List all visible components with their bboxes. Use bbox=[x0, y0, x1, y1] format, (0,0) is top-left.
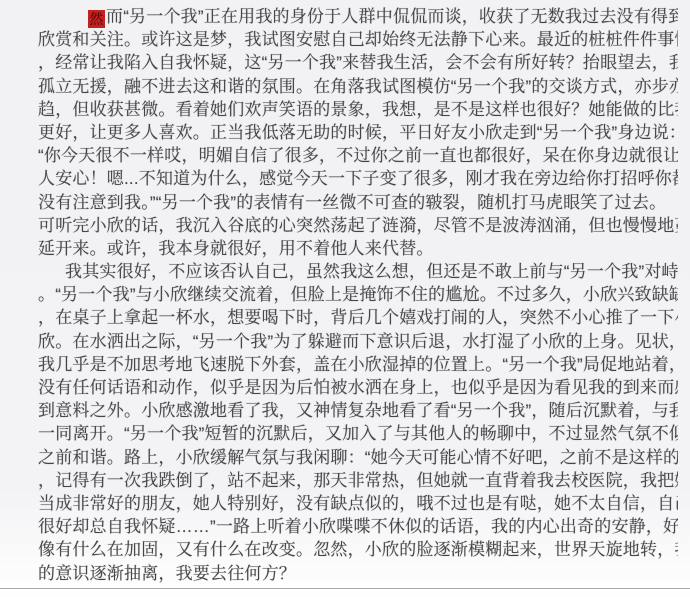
bottom-strip bbox=[0, 589, 690, 597]
text-line: ，记得有一次我跌倒了，站不起来，那天非常热，但她就一直背着我去校医院，我把她 bbox=[38, 469, 678, 492]
text-line: 之前和谐。路上，小欣缓解气氛与我闲聊：“她今天可能心情不好吧，之前不是这样的 bbox=[38, 446, 678, 469]
text-line: ，在桌子上拿起一杯水，想要喝下时，背后几个嬉戏打闹的人，突然不小心推了一下小 bbox=[38, 306, 678, 329]
text-line: 当成非常好的朋友，她人特别好，没有缺点似的，哦不过也是有哒，她不太自信，自己 bbox=[38, 492, 678, 515]
text-line: 可听完小欣的话，我沉入谷底的心突然荡起了涟漪，尽管不是波涛汹涌，但也慢慢地蔓 bbox=[38, 214, 678, 237]
text-line: 欣赏和关注。或许这是梦，我试图安慰自己却始终无法静下心来。最近的桩桩件件事情 bbox=[38, 28, 678, 51]
text-line: 像有什么在加固，又有什么在改变。忽然，小欣的脸逐渐模糊起来，世界天旋地转，我 bbox=[38, 538, 678, 561]
text-line: 很好却总自我怀疑……”一路上听着小欣喋喋不休似的话语，我的内心出奇的安静，好 bbox=[38, 515, 678, 538]
text-line: “你今天很不一样哎，明媚自信了很多，不过你之前一直也都很好，呆在你身边就很让 bbox=[38, 144, 678, 167]
text-line: 人安心！嗯...不知道为什么，感觉今天一下子变了很多，刚才我在旁边给你打招呼你都 bbox=[38, 167, 678, 190]
text-line: 更好，让更多人喜欢。正当我低落无助的时候，平日好友小欣走到“另一个我”身边说： bbox=[38, 121, 678, 144]
text-line: 没有任何话语和动作，似乎是因为后怕被水洒在身上，也似乎是因为看见我的到来而感 bbox=[38, 376, 678, 399]
highlighted-char: 然 bbox=[88, 10, 105, 28]
text-line: 欣。在水洒出之际，“另一个我”为了躲避而下意识后退，水打湿了小欣的上身。见状， bbox=[38, 330, 678, 353]
text-line: 。“另一个我”与小欣继续交流着，但脸上是掩饰不住的尴尬。不过多久，小欣兴致缺缺 bbox=[38, 283, 678, 306]
text-line: 到意料之外。小欣感激地看了我，又神情复杂地看了看“另一个我”，随后沉默着，与我 bbox=[38, 399, 678, 422]
text-line-content: 而“另一个我”正在用我的身份于人群中侃侃而谈，收获了无数我过去没有得到的 bbox=[106, 7, 678, 26]
text-line: ，经常让我陷入自我怀疑，这“另一个我”来替我生活，会不会有所好转？抬眼望去，我 bbox=[38, 51, 678, 74]
text-line: 我几乎是不加思考地飞速脱下外套，盖在小欣湿掉的位置上。“另一个我”局促地站着， bbox=[38, 353, 678, 376]
reader-page[interactable]: 然而“另一个我”正在用我的身份于人群中侃侃而谈，收获了无数我过去没有得到的 欣赏… bbox=[0, 0, 690, 597]
text-line: 我其实很好，不应该否认自己，虽然我这么想，但还是不敢上前与“另一个我”对峙 bbox=[38, 260, 678, 283]
document-text: 然而“另一个我”正在用我的身份于人群中侃侃而谈，收获了无数我过去没有得到的 欣赏… bbox=[38, 5, 678, 585]
text-line: 没有注意到我。”“另一个我”的表情有一丝微不可查的皲裂，随机打马虎眼笑了过去。 bbox=[38, 191, 678, 214]
text-line: 趋，但收获甚微。看着她们欢声笑语的景象，我想，是不是这样也很好？她能做的比我 bbox=[38, 98, 678, 121]
text-line: 然而“另一个我”正在用我的身份于人群中侃侃而谈，收获了无数我过去没有得到的 bbox=[38, 5, 678, 28]
text-line: 孤立无援，融不进去这和谐的氛围。在角落我试图模仿“另一个我”的交谈方式，亦步亦 bbox=[38, 75, 678, 98]
text-line: 延开来。或许，我本身就很好，用不着他人来代替。 bbox=[38, 237, 678, 260]
text-line: 一同离开。“另一个我”短暂的沉默后，又加入了与其他人的畅聊中，不过显然气氛不似 bbox=[38, 422, 678, 445]
text-line: 的意识逐渐抽离，我要去往何方？ bbox=[38, 562, 678, 585]
